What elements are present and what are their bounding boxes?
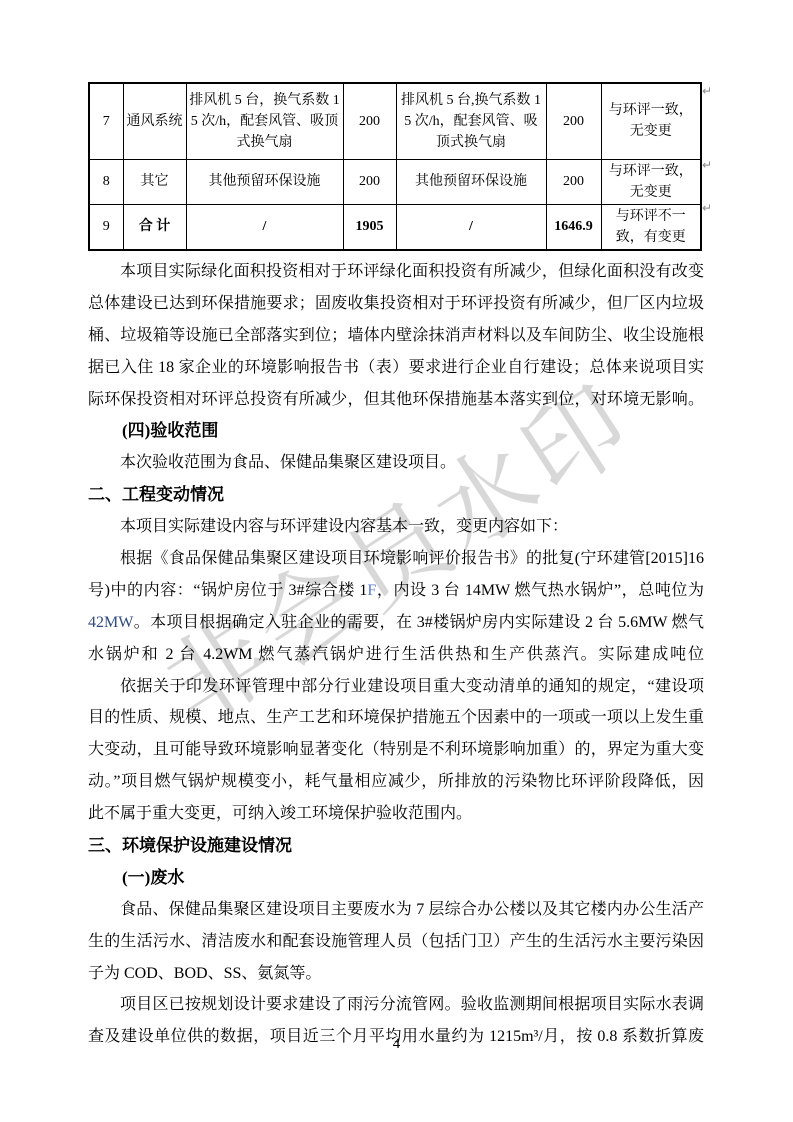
text-line: 号)中的内容：“锅炉房位于 3#综合楼 1F，内设 3 台 14MW 燃气热水锅… bbox=[88, 575, 704, 607]
table-cell: 1646.9 bbox=[546, 204, 601, 250]
text-segment: F bbox=[367, 582, 376, 599]
table-cell: 200 bbox=[546, 83, 601, 159]
line-break-mark: ↵ bbox=[702, 84, 712, 98]
text-line: 总体建设已达到环保措施要求；固废收集投资相对于环评投资有所减少，但厂区内垃圾 bbox=[88, 288, 704, 320]
table-cell: 200 bbox=[343, 159, 396, 204]
text-segment: 子为 COD、BOD、SS、氨氮等。 bbox=[88, 965, 321, 982]
table-cell: 与环评一致，无变更 bbox=[601, 159, 701, 204]
text-line: 大变动，且可能导致环境影响显著变化（特别是不利环境影响加重）的，界定为重大变 bbox=[88, 734, 704, 766]
text-segment: ，内设 3 台 14MW 燃气热水锅炉”，总吨位为 bbox=[376, 582, 704, 599]
text-segment: 。本项目根据确定入驻企业的需要，在 3#楼锅炉房内实际建设 2 台 5.6MW … bbox=[88, 614, 704, 639]
text-segment: 此不属于重大变更，可纳入竣工环境保护验收范围内。 bbox=[88, 805, 472, 822]
text-line: 目的性质、规模、地点、生产工艺和环境保护措施五个因素中的一项或一项以上发生重 bbox=[88, 702, 704, 734]
text-line: 水锅炉和 2 台 4.2WM 燃气蒸汽锅炉进行生活供热和生产供蒸汽。实际建成吨位… bbox=[88, 639, 704, 671]
line-break-mark: ↵ bbox=[702, 158, 712, 172]
table-cell: 200 bbox=[343, 83, 396, 159]
text-segment: 生的生活污水、清洁废水和配套设施管理人员（包括门卫）产生的生活污水主要污染因 bbox=[88, 933, 704, 950]
text-line: 子为 COD、BOD、SS、氨氮等。 bbox=[88, 958, 704, 990]
text-line: 动。”项目燃气锅炉规模变小，耗气量相应减少，所排放的污染物比环评阶段降低，因 bbox=[88, 766, 704, 798]
table-cell: / bbox=[396, 204, 546, 250]
text-segment: 际环保投资相对环评总投资有所减少，但其他环保措施基本落实到位，对环境无影响。 bbox=[88, 391, 704, 408]
text-line: 本次验收范围为食品、保健品集聚区建设项目。 bbox=[88, 447, 704, 479]
text-segment: 据已入住 18 家企业的环境影响报告书（表）要求进行企业自行建设；总体来说项目实 bbox=[88, 359, 704, 376]
text-segment: 项目区已按规划设计要求建设了雨污分流管网。验收监测期间根据项目实际水表调 bbox=[120, 996, 704, 1013]
document-page: 非会员水印 7通风系统排风机 5 台，换气系数 15 次/h，配套风管、吸顶式换… bbox=[0, 0, 793, 1122]
heading-line: (四)验收范围 bbox=[88, 415, 704, 447]
heading-line: 二、工程变动情况 bbox=[88, 479, 704, 511]
text-segment: 大变动，且可能导致环境影响显著变化（特别是不利环境影响加重）的，界定为重大变 bbox=[88, 741, 704, 758]
text-line: 生的生活污水、清洁废水和配套设施管理人员（包括门卫）产生的生活污水主要污染因 bbox=[88, 926, 704, 958]
text-segment: 动。”项目燃气锅炉规模变小，耗气量相应减少，所排放的污染物比环评阶段降低，因 bbox=[88, 773, 704, 790]
text-segment: 水锅炉和 2 台 4.2WM 燃气蒸汽锅炉进行生活供热和生产供蒸汽。实际建成吨位 bbox=[88, 646, 704, 663]
facilities-comparison-table: 7通风系统排风机 5 台，换气系数 15 次/h，配套风管、吸顶式换气扇200排… bbox=[88, 82, 702, 251]
heading-line: 三、环境保护设施建设情况 bbox=[88, 830, 704, 862]
text-line: 据已入住 18 家企业的环境影响报告书（表）要求进行企业自行建设；总体来说项目实 bbox=[88, 352, 704, 384]
text-segment: 三、环境保护设施建设情况 bbox=[88, 836, 292, 855]
table-cell: 9 bbox=[89, 204, 123, 250]
table-cell: 通风系统 bbox=[123, 83, 186, 159]
heading-line: (一)废水 bbox=[88, 862, 704, 894]
text-segment: 号)中的内容：“锅炉房位于 3#综合楼 1 bbox=[88, 582, 367, 599]
table-cell: 7 bbox=[89, 83, 123, 159]
text-segment: 桶、垃圾箱等设施已全部落实到位；墙体内壁涂抹消声材料以及车间防尘、收尘设施根 bbox=[88, 327, 704, 344]
table-cell: 排风机 5 台,换气系数 15 次/h，配套风管、吸顶式换气扇 bbox=[396, 83, 546, 159]
text-line: 此不属于重大变更，可纳入竣工环境保护验收范围内。 bbox=[88, 798, 704, 830]
text-line: 根据《食品保健品集聚区建设项目环境影响评价报告书》的批复(宁环建管[2015]1… bbox=[88, 543, 704, 575]
document-body: 本项目实际绿化面积投资相对于环评绿化面积投资有所减少，但绿化面积没有改变总体建设… bbox=[88, 256, 704, 1053]
text-line: 本项目实际建设内容与环评建设内容基本一致，变更内容如下： bbox=[88, 511, 704, 543]
line-break-mark: ↵ bbox=[702, 201, 712, 215]
table-cell: 与环评不一致，有变更 bbox=[601, 204, 701, 250]
text-line: 食品、保健品集聚区建设项目主要废水为 7 层综合办公楼以及其它楼内办公生活产 bbox=[88, 894, 704, 926]
text-segment: 本项目实际建设内容与环评建设内容基本一致，变更内容如下： bbox=[120, 518, 568, 535]
table-cell: 其他预留环保设施 bbox=[186, 159, 343, 204]
text-line: 项目区已按规划设计要求建设了雨污分流管网。验收监测期间根据项目实际水表调 bbox=[88, 989, 704, 1021]
table-cell: 与环评一致，无变更 bbox=[601, 83, 701, 159]
table-cell: 其它 bbox=[123, 159, 186, 204]
table-row: 9合 计/1905/1646.9与环评不一致，有变更 bbox=[89, 204, 701, 250]
table-cell: 其他预留环保设施 bbox=[396, 159, 546, 204]
text-segment: 二、工程变动情况 bbox=[88, 485, 224, 504]
text-segment: 42MW bbox=[88, 614, 133, 631]
text-line: 际环保投资相对环评总投资有所减少，但其他环保措施基本落实到位，对环境无影响。 bbox=[88, 384, 704, 416]
table-cell: 200 bbox=[546, 159, 601, 204]
table-cell: 合 计 bbox=[123, 204, 186, 250]
text-segment: 本次验收范围为食品、保健品集聚区建设项目。 bbox=[120, 454, 456, 471]
table-cell: / bbox=[186, 204, 343, 250]
table-cell: 1905 bbox=[343, 204, 396, 250]
text-line: 桶、垃圾箱等设施已全部落实到位；墙体内壁涂抹消声材料以及车间防尘、收尘设施根 bbox=[88, 320, 704, 352]
text-segment: 目的性质、规模、地点、生产工艺和环境保护措施五个因素中的一项或一项以上发生重 bbox=[88, 709, 704, 726]
text-segment: 总体建设已达到环保措施要求；固废收集投资相对于环评投资有所减少，但厂区内垃圾 bbox=[88, 295, 704, 312]
text-segment: (一)废水 bbox=[122, 868, 184, 887]
text-line: 依据关于印发环评管理中部分行业建设项目重大变动清单的通知的规定，“建设项 bbox=[88, 671, 704, 703]
text-line: 本项目实际绿化面积投资相对于环评绿化面积投资有所减少，但绿化面积没有改变 bbox=[88, 256, 704, 288]
text-segment: 依据关于印发环评管理中部分行业建设项目重大变动清单的通知的规定，“建设项 bbox=[120, 678, 704, 695]
text-line: 42MW。本项目根据确定入驻企业的需要，在 3#楼锅炉房内实际建设 2 台 5.… bbox=[88, 607, 704, 639]
text-segment: 食品、保健品集聚区建设项目主要废水为 7 层综合办公楼以及其它楼内办公生活产 bbox=[120, 901, 704, 918]
table-cell: 排风机 5 台，换气系数 15 次/h，配套风管、吸顶式换气扇 bbox=[186, 83, 343, 159]
text-segment: 本项目实际绿化面积投资相对于环评绿化面积投资有所减少，但绿化面积没有改变 bbox=[120, 263, 704, 280]
table-row: 7通风系统排风机 5 台，换气系数 15 次/h，配套风管、吸顶式换气扇200排… bbox=[89, 83, 701, 159]
page-number: 4 bbox=[0, 1036, 793, 1053]
table-row: 8其它其他预留环保设施200其他预留环保设施200与环评一致，无变更 bbox=[89, 159, 701, 204]
text-segment: (四)验收范围 bbox=[122, 421, 218, 440]
text-segment: 根据《食品保健品集聚区建设项目环境影响评价报告书》的批复(宁环建管[2015]1… bbox=[120, 550, 704, 567]
table-cell: 8 bbox=[89, 159, 123, 204]
